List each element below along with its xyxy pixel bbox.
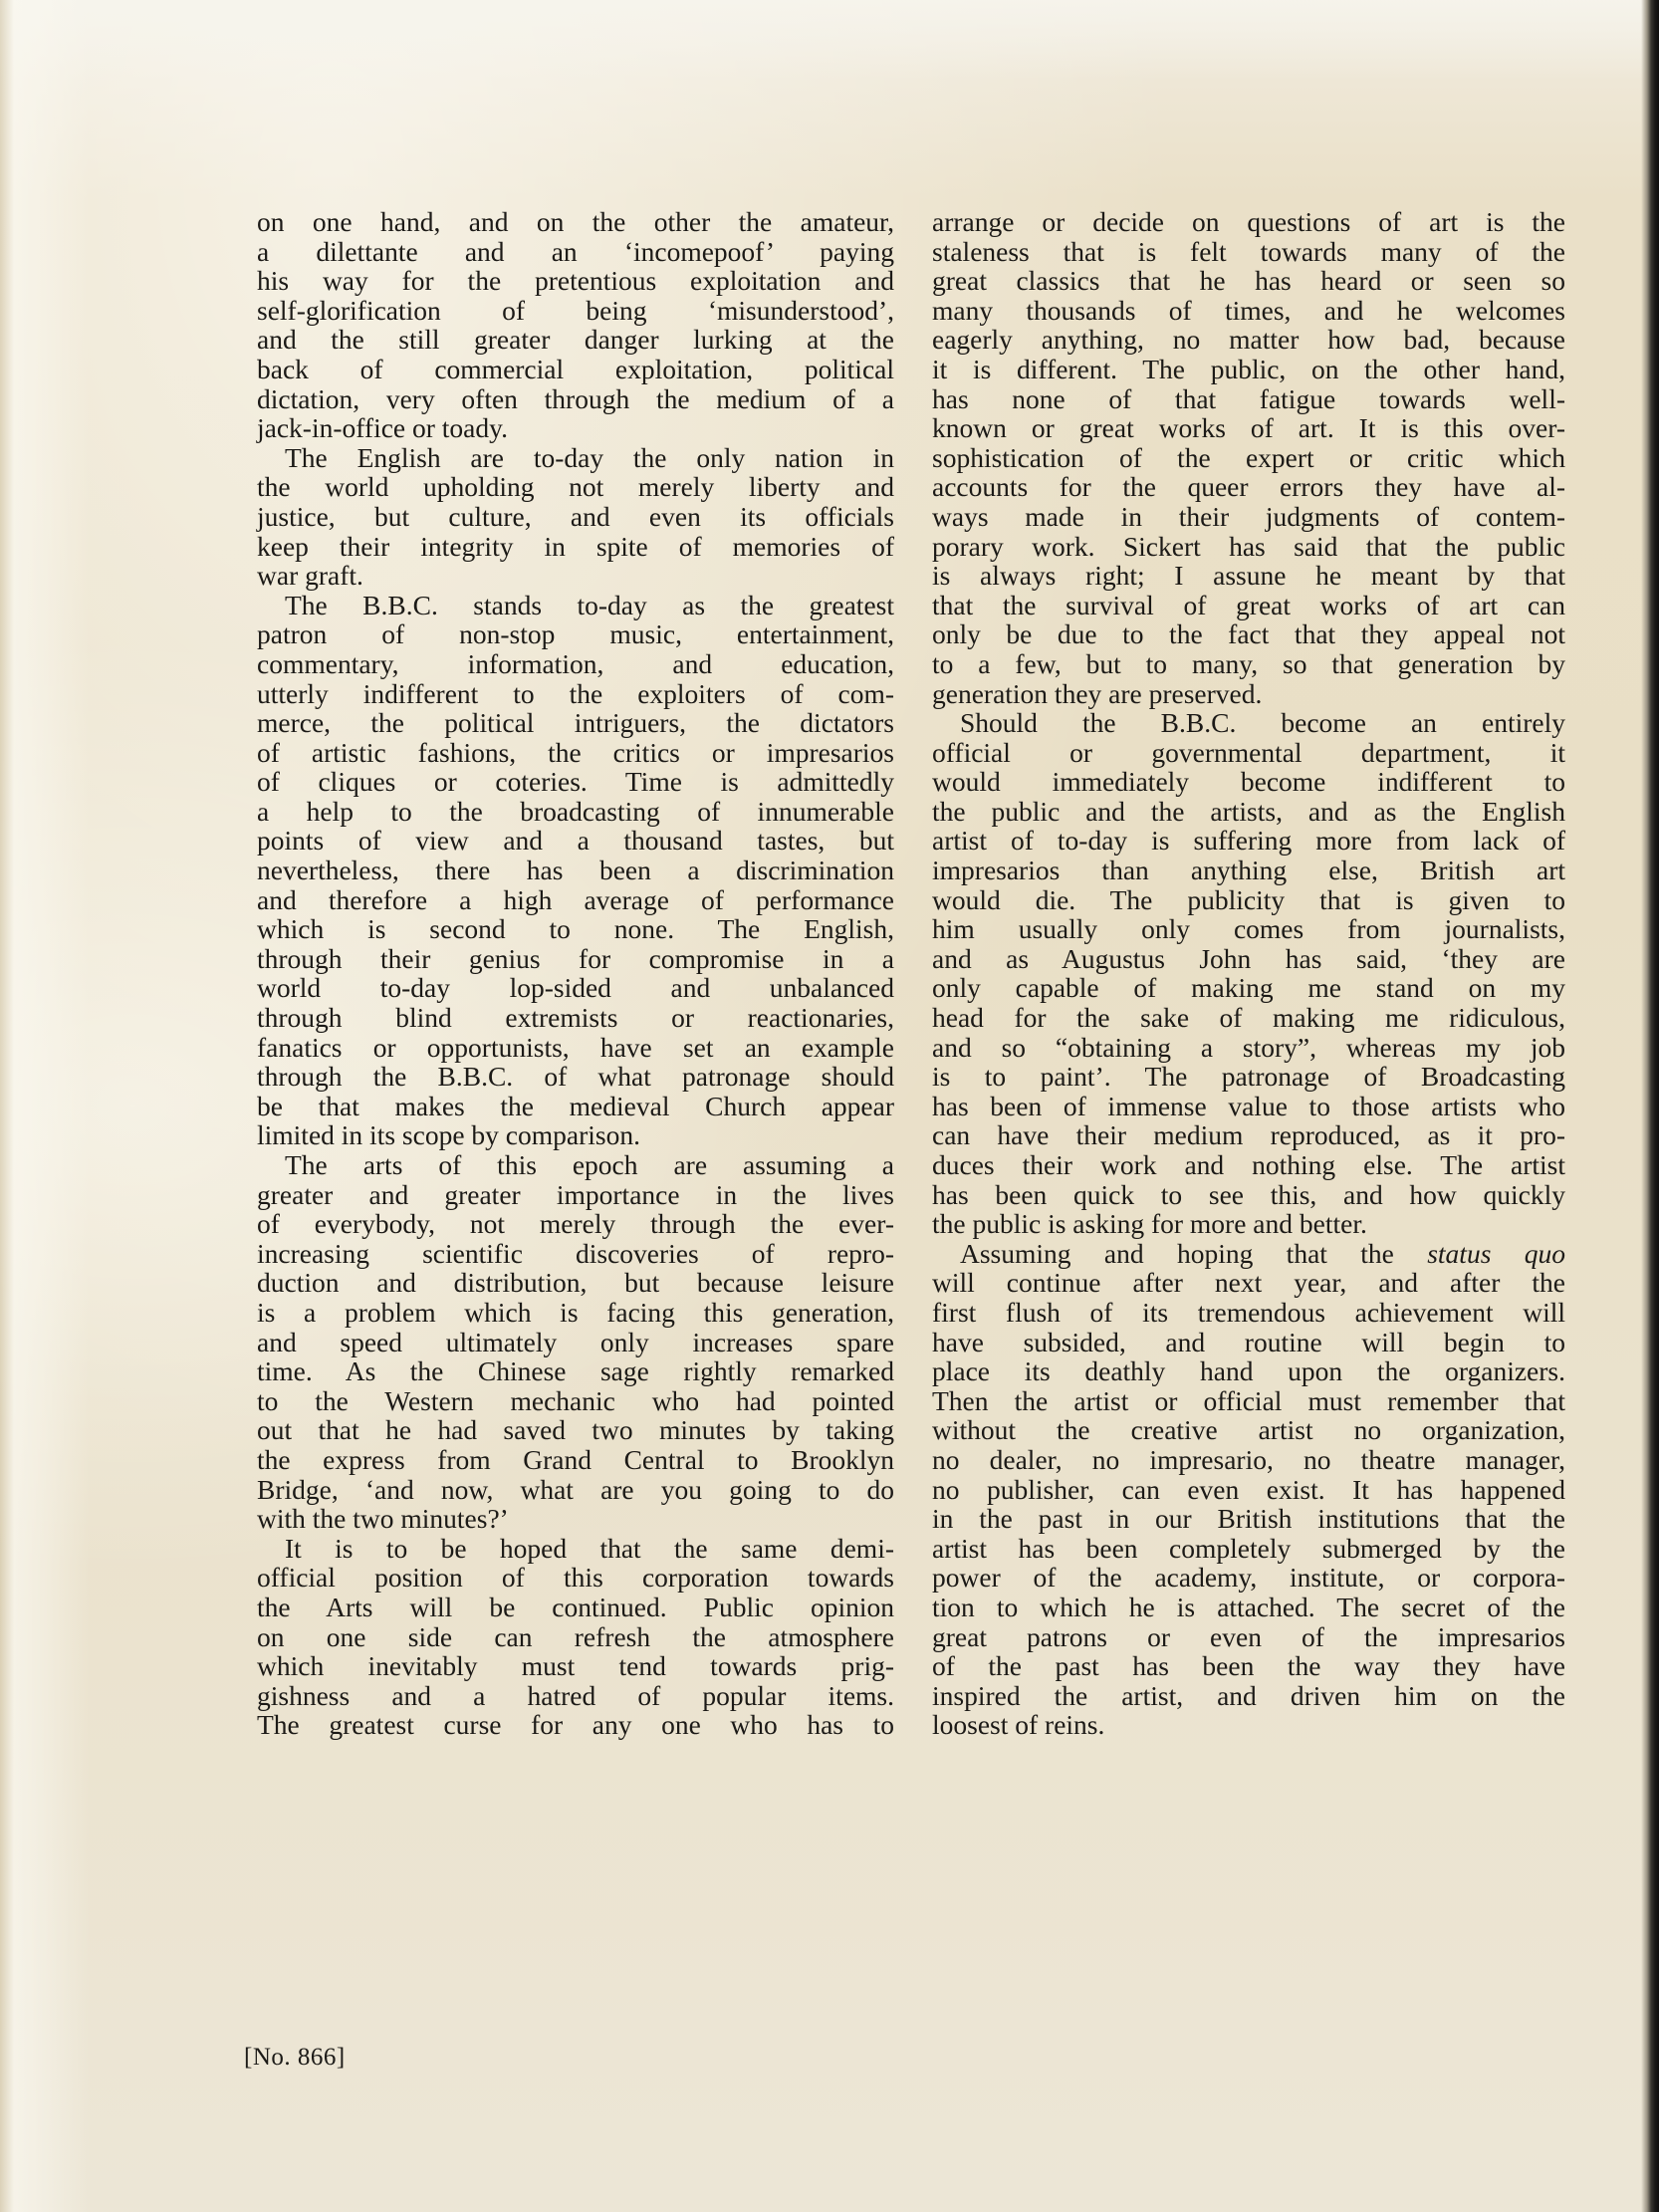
text-line: can have their medium reproduced, as it … [932,1120,1565,1150]
text-line: the express from Grand Central to Brookl… [257,1445,894,1475]
text-line: Then the artist or official must remembe… [932,1386,1565,1416]
text-line: be that makes the medieval Church appear [257,1092,894,1121]
text-line: of cliques or coteries. Time is admitted… [257,767,894,797]
text-line: generation they are preserved. [932,679,1565,709]
text-line: Assuming and hoping that the status quo [932,1239,1565,1269]
text-line: artist has been completely submerged by … [932,1534,1565,1564]
text-line: the world upholding not merely liberty a… [257,472,894,502]
text-line: in the past in our British institutions … [932,1504,1565,1534]
text-line: only capable of making me stand on my [932,973,1565,1003]
text-line: power of the academy, institute, or corp… [932,1563,1565,1593]
text-line: The greatest curse for any one who has t… [257,1710,894,1740]
text-line: and speed ultimately only increases spar… [257,1328,894,1357]
text-line: commentary, information, and education, [257,649,894,679]
text-line: would immediately become indifferent to [932,767,1565,797]
text-line: head for the sake of making me ridiculou… [932,1003,1565,1033]
text-line: has none of that fatigue towards well- [932,384,1565,414]
text-line: is always right; I assune he meant by th… [932,561,1565,591]
text-line: of artistic fashions, the critics or imp… [257,738,894,768]
text-line: tion to which he is attached. The secret… [932,1593,1565,1622]
text-line: staleness that is felt towards many of t… [932,237,1565,267]
text-line: and as Augustus John has said, ‘they are [932,944,1565,974]
text-line: his way for the pretentious exploitation… [257,266,894,296]
paragraph: Assuming and hoping that the status quow… [932,1239,1565,1740]
text-line: gishness and a hatred of popular items. [257,1681,894,1711]
paragraph: The English are to-day the only nation i… [257,443,894,591]
text-line: ways made in their judgments of contem- [932,502,1565,532]
paragraph: It is to be hoped that the same demi-off… [257,1534,894,1740]
text-line: out that he had saved two minutes by tak… [257,1415,894,1445]
scan-left-edge [0,0,90,2212]
text-line: the Arts will be continued. Public opini… [257,1593,894,1622]
paragraph: arrange or decide on questions of art is… [932,207,1565,708]
text-line: will continue after next year, and after… [932,1268,1565,1298]
text-column-right: arrange or decide on questions of art is… [932,207,1565,1740]
text-line: to the Western mechanic who had pointed [257,1386,894,1416]
text-line: and the still greater danger lurking at … [257,325,894,355]
text-line: greater and greater importance in the li… [257,1180,894,1210]
text-line: a dilettante and an ‘incomepoof’ paying [257,237,894,267]
text-line: merce, the political intriguers, the dic… [257,708,894,738]
text-line: which inevitably must tend towards prig- [257,1651,894,1681]
paragraph: Should the B.B.C. become an entirelyoffi… [932,708,1565,1239]
text-line: patron of non-stop music, entertainment, [257,619,894,649]
text-line: first flush of its tremendous achievemen… [932,1298,1565,1328]
scan-top-highlight [0,0,1659,80]
text-line: has been quick to see this, and how quic… [932,1180,1565,1210]
paragraph: on one hand, and on the other the amateu… [257,207,894,443]
text-segment: Assuming and hoping that the [960,1238,1427,1269]
page-number: [No. 866] [244,2044,346,2072]
text-column-left: on one hand, and on the other the amateu… [257,207,894,1740]
text-line: duces their work and nothing else. The a… [932,1150,1565,1180]
text-line: no publisher, can even exist. It has hap… [932,1475,1565,1505]
text-line: inspired the artist, and driven him on t… [932,1681,1565,1711]
text-line: that the survival of great works of art … [932,591,1565,620]
text-line: sophistication of the expert or critic w… [932,443,1565,473]
text-line: keep their integrity in spite of memorie… [257,532,894,562]
text-line: the public is asking for more and better… [932,1209,1565,1239]
text-line: eagerly anything, no matter how bad, bec… [932,325,1565,355]
text-line: impresarios than anything else, British … [932,856,1565,885]
text-line: on one side can refresh the atmosphere [257,1622,894,1652]
text-line: back of commercial exploitation, politic… [257,355,894,384]
text-line: place its deathly hand upon the organize… [932,1356,1565,1386]
text-line: Bridge, ‘and now, what are you going to … [257,1475,894,1505]
text-line: through their genius for compromise in a [257,944,894,974]
text-line: official position of this corporation to… [257,1563,894,1593]
text-line: justice, but culture, and even its offic… [257,502,894,532]
text-line: only be due to the fact that they appeal… [932,619,1565,649]
text-line: a help to the broadcasting of innumerabl… [257,797,894,827]
paragraph: The B.B.C. stands to-day as the greatest… [257,591,894,1150]
text-line: the public and the artists, and as the E… [932,797,1565,827]
text-line: no dealer, no impresario, no theatre man… [932,1445,1565,1475]
text-line: and therefore a high average of performa… [257,885,894,915]
text-line: jack-in-office or toady. [257,413,894,443]
text-line: of everybody, not merely through the eve… [257,1209,894,1239]
text-line: arrange or decide on questions of art is… [932,207,1565,237]
text-line: self-glorification of being ‘misundersto… [257,296,894,326]
italic-phrase: status quo [1427,1238,1565,1269]
paragraph: The arts of this epoch are assuming agre… [257,1150,894,1534]
text-line: It is to be hoped that the same demi- [257,1534,894,1564]
text-line: of the past has been the way they have [932,1651,1565,1681]
text-line: duction and distribution, but because le… [257,1268,894,1298]
text-line: The B.B.C. stands to-day as the greatest [257,591,894,620]
text-line: official or governmental department, it [932,738,1565,768]
text-line: The English are to-day the only nation i… [257,443,894,473]
text-line: increasing scientific discoveries of rep… [257,1239,894,1269]
text-line: it is different. The public, on the othe… [932,355,1565,384]
text-line: artist of to-day is suffering more from … [932,826,1565,856]
text-line: war graft. [257,561,894,591]
text-line: through blind extremists or reactionarie… [257,1003,894,1033]
text-line: points of view and a thousand tastes, bu… [257,826,894,856]
text-line: which is second to none. The English, [257,914,894,944]
text-line: accounts for the queer errors they have … [932,472,1565,502]
text-line: is to paint’. The patronage of Broadcast… [932,1062,1565,1092]
text-line: The arts of this epoch are assuming a [257,1150,894,1180]
text-line: have subsided, and routine will begin to [932,1328,1565,1357]
text-line: on one hand, and on the other the amateu… [257,207,894,237]
text-line: nevertheless, there has been a discrimin… [257,856,894,885]
text-line: Should the B.B.C. become an entirely [932,708,1565,738]
text-line: great classics that he has heard or seen… [932,266,1565,296]
text-line: without the creative artist no organizat… [932,1415,1565,1445]
text-line: world to-day lop-sided and unbalanced [257,973,894,1003]
text-line: to a few, but to many, so that generatio… [932,649,1565,679]
text-line: him usually only comes from journalists, [932,914,1565,944]
text-line: great patrons or even of the impresarios [932,1622,1565,1652]
text-line: known or great works of art. It is this … [932,413,1565,443]
text-line: loosest of reins. [932,1710,1565,1740]
scan-right-edge-shadow [1641,0,1659,2212]
text-line: is a problem which is facing this genera… [257,1298,894,1328]
text-line: many thousands of times, and he welcomes [932,296,1565,326]
text-line: limited in its scope by comparison. [257,1120,894,1150]
text-line: porary work. Sickert has said that the p… [932,532,1565,562]
text-line: dictation, very often through the medium… [257,384,894,414]
text-line: through the B.B.C. of what patronage sho… [257,1062,894,1092]
text-line: and so “obtaining a story”, whereas my j… [932,1033,1565,1063]
text-line: would die. The publicity that is given t… [932,885,1565,915]
text-line: time. As the Chinese sage rightly remark… [257,1356,894,1386]
text-line: utterly indifferent to the exploiters of… [257,679,894,709]
text-line: has been of immense value to those artis… [932,1092,1565,1121]
text-line: with the two minutes?’ [257,1504,894,1534]
text-line: fanatics or opportunists, have set an ex… [257,1033,894,1063]
